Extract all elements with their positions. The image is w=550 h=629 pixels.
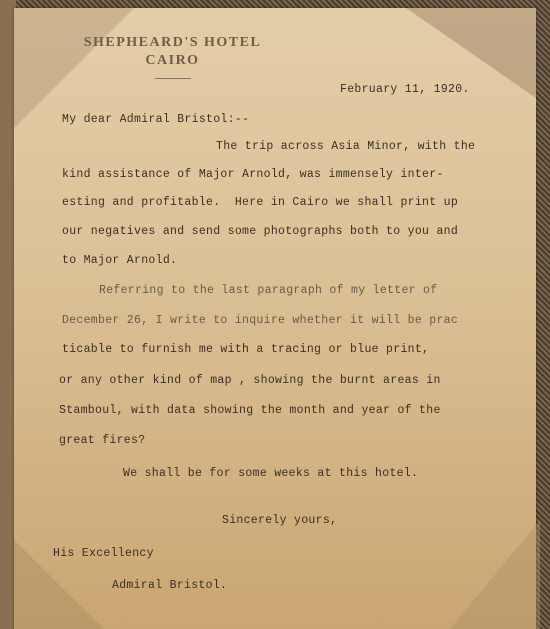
photo-corner-bottom-right	[450, 520, 540, 629]
letterhead-city: CAIRO	[55, 52, 290, 70]
addressee-line: His Excellency	[53, 547, 154, 560]
addressee-line: Admiral Bristol.	[112, 579, 227, 592]
letter-date: February 11, 1920.	[340, 83, 470, 96]
body-line: to Major Arnold.	[62, 254, 177, 267]
letterhead: SHEPHEARD'S HOTEL CAIRO	[55, 34, 290, 79]
body-line: our negatives and send some photographs …	[62, 225, 458, 238]
body-line: Stamboul, with data showing the month an…	[59, 404, 441, 417]
letterhead-hotel-name: SHEPHEARD'S HOTEL	[55, 34, 290, 52]
closing: Sincerely yours,	[222, 514, 337, 527]
body-line: great fires?	[59, 434, 145, 447]
body-line: or any other kind of map , showing the b…	[59, 374, 441, 387]
body-line: December 26, I write to inquire whether …	[62, 314, 458, 327]
letterhead-rule	[155, 78, 191, 79]
body-line: We shall be for some weeks at this hotel…	[123, 467, 418, 480]
body-line: esting and profitable. Here in Cairo we …	[62, 196, 458, 209]
body-line: Referring to the last paragraph of my le…	[99, 284, 437, 297]
body-line: The trip across Asia Minor, with the	[216, 140, 475, 153]
salutation: My dear Admiral Bristol:--	[62, 113, 249, 126]
body-line: ticable to furnish me with a tracing or …	[62, 343, 429, 356]
body-line: kind assistance of Major Arnold, was imm…	[62, 168, 444, 181]
